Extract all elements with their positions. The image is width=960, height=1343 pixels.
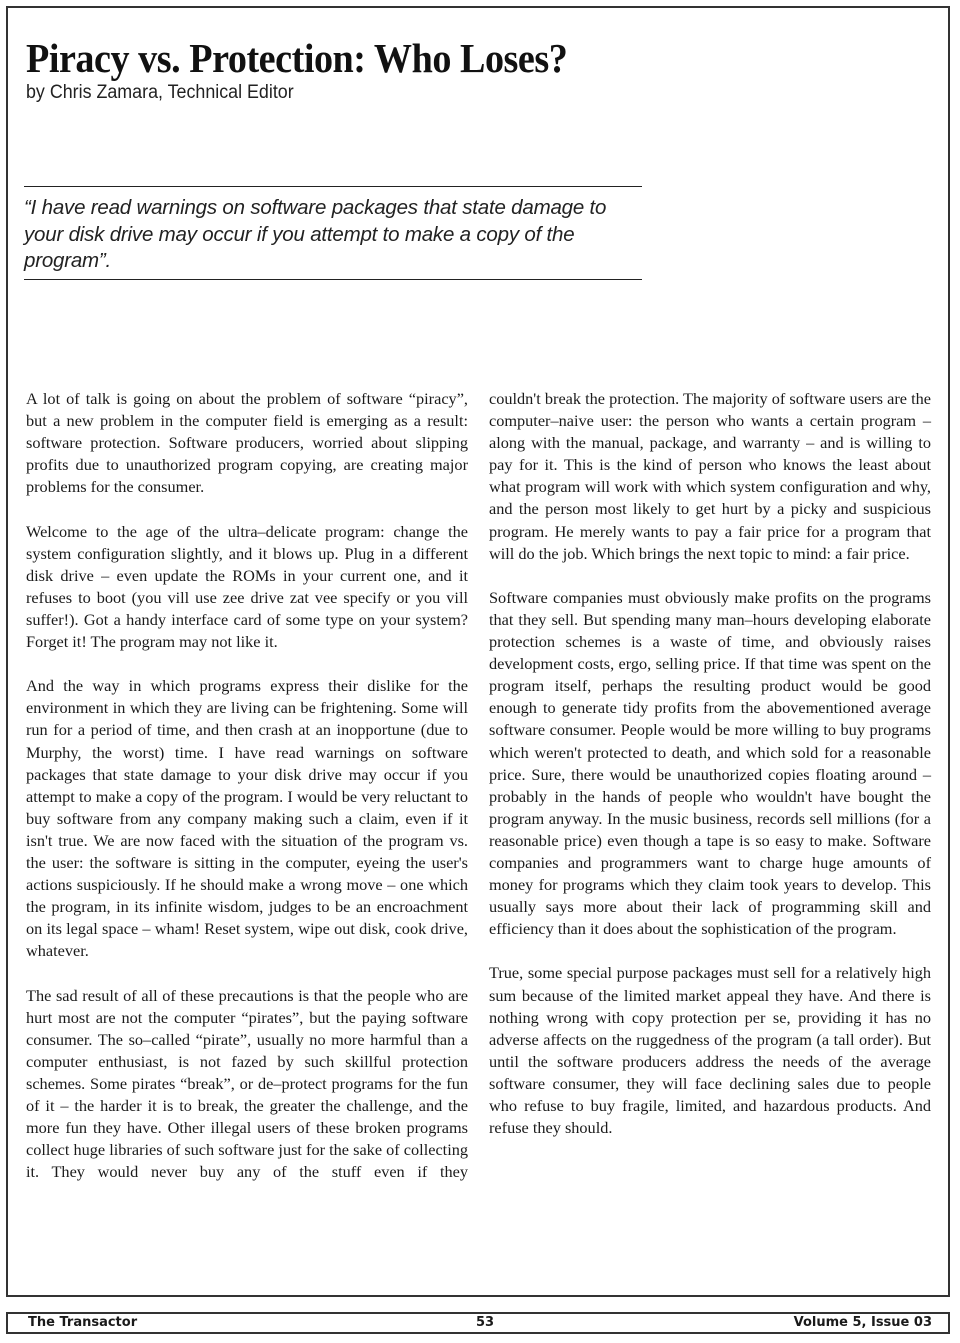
paragraph: Welcome to the age of the ultra–delicate…	[26, 521, 468, 654]
footer-issue: Volume 5, Issue 03	[794, 1315, 932, 1330]
paragraph: couldn't break the protection. The major…	[489, 388, 931, 565]
paragraph: And the way in which programs express th…	[26, 675, 468, 962]
pull-quote: “I have read warnings on software packag…	[24, 186, 642, 280]
pull-quote-text: “I have read warnings on software packag…	[24, 195, 642, 275]
paragraph: A lot of talk is going on about the prob…	[26, 388, 468, 498]
left-column: A lot of talk is going on about the prob…	[26, 388, 468, 1205]
footer-page-number: 53	[476, 1315, 494, 1330]
article-byline: by Chris Zamara, Technical Editor	[26, 82, 294, 104]
footer-publication: The Transactor	[28, 1315, 137, 1330]
paragraph: The sad result of all of these precautio…	[26, 985, 468, 1184]
paragraph: True, some special purpose packages must…	[489, 962, 931, 1139]
article-title: Piracy vs. Protection: Who Loses?	[26, 34, 567, 82]
page-footer: The Transactor 53 Volume 5, Issue 03	[6, 1312, 950, 1334]
right-column: couldn't break the protection. The major…	[489, 388, 931, 1161]
paragraph: Software companies must obviously make p…	[489, 587, 931, 941]
